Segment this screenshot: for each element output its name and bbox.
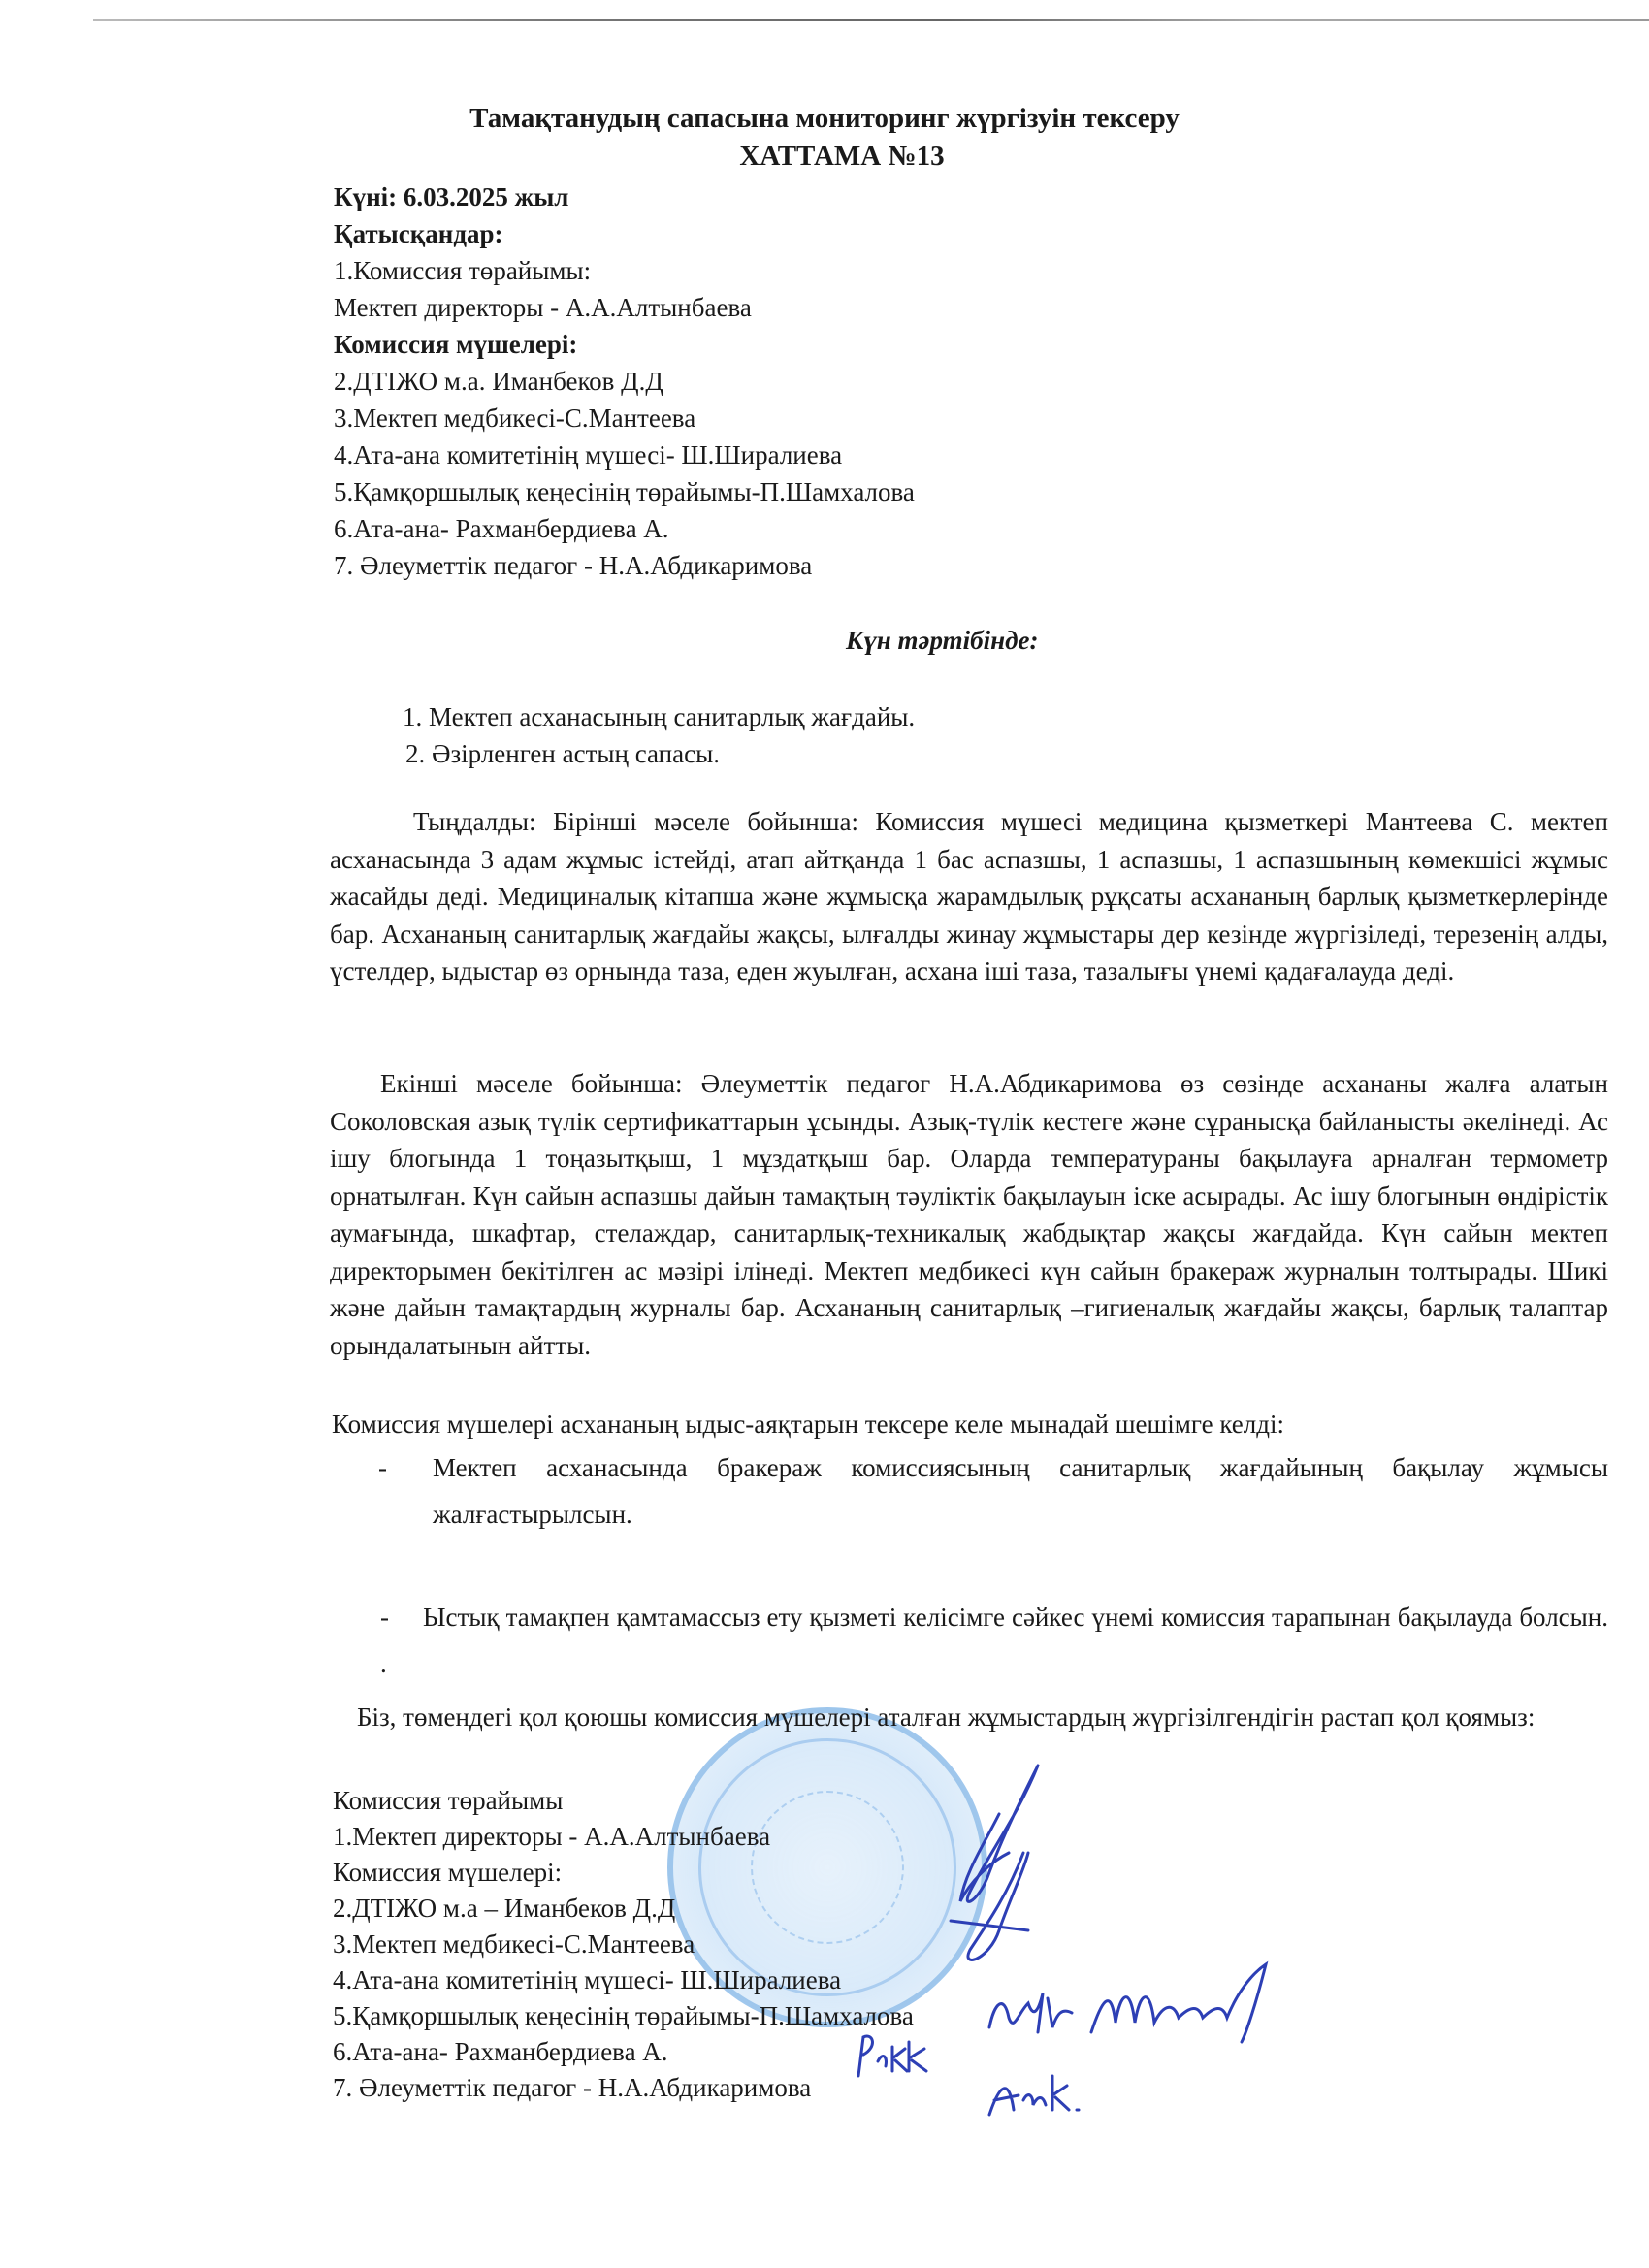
sign-member: 3.Мектеп медбикесі-С.Мантеева bbox=[333, 1927, 695, 1962]
shiralieva-signature-icon bbox=[980, 1974, 1086, 2042]
members-heading: Комиссия мүшелері: bbox=[334, 329, 577, 360]
decision-item: - Мектеп асханасында бракераж комиссиясы… bbox=[433, 1444, 1608, 1538]
second-issue-paragraph: Екінші мәселе бойынша: Әлеуметтік педаго… bbox=[330, 1065, 1608, 1364]
signature-intro: Біз, төмендегі қол қоюшы комиссия мүшеле… bbox=[330, 1696, 1608, 1738]
sign-members-heading: Комиссия мүшелері: bbox=[333, 1855, 562, 1891]
agenda-item: 2. Әзірленген астың сапасы. bbox=[405, 739, 720, 769]
sign-member: 2.ДТІЖО м.а – Иманбеков Д.Д bbox=[333, 1891, 675, 1927]
sign-chair: 1.Мектеп директоры - А.А.Алтынбаева bbox=[333, 1819, 770, 1855]
shamkhalova-signature-icon bbox=[1082, 1955, 1276, 2052]
decision-text: Мектеп асханасында бракераж комиссиясыны… bbox=[433, 1453, 1608, 1529]
sign-chair-heading: Комиссия төрайымы bbox=[333, 1783, 563, 1819]
chair-name: Мектеп директоры - А.А.Алтынбаева bbox=[334, 292, 752, 323]
protocol-number: ХАТТАМА №13 bbox=[0, 141, 1649, 173]
member-item: 2.ДТІЖО м.а. Иманбеков Д.Д bbox=[334, 366, 663, 397]
date-line: Күні: 6.03.2025 жыл bbox=[334, 181, 568, 212]
paragraph-text: Екінші мәселе бойынша: Әлеуметтік педаго… bbox=[330, 1065, 1608, 1364]
document-title: Тамақтанудың сапасына мониторинг жүргізу… bbox=[0, 103, 1649, 135]
participants-heading: Қатысқандар: bbox=[334, 218, 503, 249]
dash-marker: - bbox=[380, 1594, 389, 1640]
abdikarimova-signature-icon bbox=[980, 2066, 1096, 2124]
member-item: 6.Ата-ана- Рахманбердиева А. bbox=[334, 513, 669, 544]
member-item: 5.Қамқоршылық кеңесінің төрайымы-П.Шамха… bbox=[334, 476, 915, 507]
chair-heading: 1.Комиссия төрайымы: bbox=[334, 255, 591, 286]
sign-member: 6.Ата-ана- Рахманбердиева А. bbox=[333, 2034, 668, 2070]
agenda-heading: Күн тәртібінде: bbox=[846, 626, 1039, 656]
dash-marker: - bbox=[378, 1444, 387, 1491]
sign-member: 7. Әлеуметтік педагог - Н.А.Абдикаримова bbox=[333, 2070, 811, 2106]
first-issue-paragraph: Тыңдалды: Бірінші мәселе бойынша: Комисс… bbox=[330, 803, 1608, 990]
decision-text: Ыстық тамақпен қамтамассыз ету қызметі к… bbox=[380, 1594, 1608, 1687]
member-item: 7. Әлеуметтік педагог - Н.А.Абдикаримова bbox=[334, 550, 812, 581]
document-page: Тамақтанудың сапасына мониторинг жүргізу… bbox=[0, 0, 1649, 2268]
member-item: 4.Ата-ана комитетінің мүшесі- Ш.Ширалиев… bbox=[334, 439, 842, 470]
signature-intro-text: Біз, төмендегі қол қоюшы комиссия мүшеле… bbox=[330, 1696, 1608, 1738]
sign-member: 5.Қамқоршылық кеңесінің төрайымы-П.Шамха… bbox=[333, 1998, 914, 2034]
agenda-item: 1. Мектеп асханасының санитарлық жағдайы… bbox=[403, 702, 915, 732]
director-signature-icon bbox=[931, 1756, 1067, 1979]
paragraph-text: Тыңдалды: Бірінші мәселе бойынша: Комисс… bbox=[330, 803, 1608, 990]
rakhmanberdieva-signature-icon bbox=[849, 2027, 936, 2081]
decision-item: - Ыстық тамақпен қамтамассыз ету қызметі… bbox=[380, 1594, 1608, 1687]
sign-member: 4.Ата-ана комитетінің мүшесі- Ш.Ширалиев… bbox=[333, 1962, 841, 1998]
conclusion-intro: Комиссия мүшелері асхананың ыдыс-аяқтары… bbox=[332, 1409, 1284, 1440]
member-item: 3.Мектеп медбикесі-С.Мантеева bbox=[334, 403, 695, 434]
